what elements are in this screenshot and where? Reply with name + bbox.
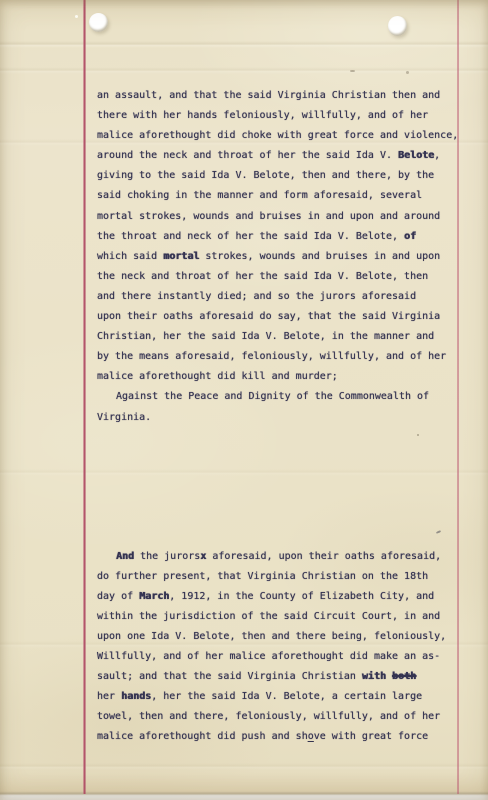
text-segment: towel, then and there, feloniously, will… [97,711,440,722]
text-segment: malice aforethought did choke with great… [97,130,458,141]
text-segment: day of [97,591,139,602]
typewritten-line: malice aforethought did push and shove w… [97,727,469,747]
text-segment: Virginia. [97,412,151,423]
typewritten-line: there with her hands feloniously, willfu… [97,106,469,126]
text-segment: malice aforethought did kill and murder; [97,371,338,382]
text-segment: within the jurisdiction of the said Circ… [97,611,440,622]
typewritten-line: mortal strokes, wounds and bruises in an… [97,207,469,227]
text-segment: upon their oaths aforesaid do say, that … [97,311,440,322]
text-segment: and there instantly died; and so the jur… [97,291,416,302]
typewritten-line: malice aforethought did kill and murder; [97,367,469,387]
typewritten-line: sault; and that the said Virginia Christ… [97,667,469,687]
paper-speck [75,15,78,18]
paper-speck [417,434,419,436]
text-segment: around the neck and throat of her the sa… [97,150,398,161]
typewritten-line: by the means aforesaid, feloniously, wil… [97,347,469,367]
fold-crease [0,67,488,74]
typewritten-line: giving to the said Ida V. Belote, then a… [97,166,469,186]
typewritten-line: malice aforethought did choke with great… [97,126,469,146]
text-segment: sault; and that the said Virginia Christ… [97,671,362,682]
typewritten-line: an assault, and that the said Virginia C… [97,86,469,106]
text-segment: Willfully, and of her malice aforethough… [97,651,440,662]
text-segment: there with her hands feloniously, willfu… [97,110,428,121]
typewritten-paragraph-second-count: And the jurorsx aforesaid, upon their oa… [97,547,469,747]
text-segment: malice aforethought did push and sh [97,731,308,742]
punch-hole-left [89,13,108,32]
text-segment: the throat and neck of her the said Ida … [97,231,404,242]
overtyped-word: of [404,231,416,242]
text-segment: her [97,691,121,702]
typewritten-line: said choking in the manner and form afor… [97,186,469,206]
typewritten-line: within the jurisdiction of the said Circ… [97,607,469,627]
fold-crease [0,469,488,476]
paper-speck [436,530,441,534]
text-segment: Christian, her the said Ida V. Belote, i… [97,331,434,342]
typewritten-line: Christian, her the said Ida V. Belote, i… [97,327,469,347]
typewritten-line: the throat and neck of her the said Ida … [97,227,469,247]
typewritten-line: upon their oaths aforesaid do say, that … [97,307,469,327]
typewritten-line: Against the Peace and Dignity of the Com… [97,387,469,407]
text-segment: an assault, and that the said Virginia C… [97,90,440,101]
paper-speck [406,71,409,74]
text-segment: said choking in the manner and form afor… [97,190,422,201]
overtyped-word: Belote [398,150,434,161]
text-segment: strokes, wounds and bruises in and upon [199,251,440,262]
typewritten-line: upon one Ida V. Belote, then and there b… [97,627,469,647]
text-segment: upon one Ida V. Belote, then and there b… [97,631,446,642]
overtyped-word: mortal [163,251,199,262]
text-segment: , 1912, in the County of Elizabeth City,… [169,591,434,602]
paper-sheet: an assault, and that the said Virginia C… [0,0,488,800]
text-segment: do further present, that Virginia Christ… [97,571,428,582]
overtyped-word: And [116,551,134,562]
punch-hole-right [388,16,407,36]
typewritten-line: towel, then and there, feloniously, will… [97,707,469,727]
overtyped-word: with [362,671,386,682]
text-segment: which said [97,251,163,262]
text-segment: giving to the said Ida V. Belote, then a… [97,170,434,181]
typewritten-line: Willfully, and of her malice aforethough… [97,647,469,667]
typewritten-line: And the jurorsx aforesaid, upon their oa… [97,547,469,567]
typewritten-paragraph-indictment-count: an assault, and that the said Virginia C… [97,86,469,428]
struck-out-word: both [392,671,416,682]
typewritten-line: her hands, her the said Ida V. Belote, a… [97,687,469,707]
typewritten-line: which said mortal strokes, wounds and br… [97,247,469,267]
text-segment: Against the Peace and Dignity of the Com… [116,391,429,402]
typewritten-line: the neck and throat of her the said Ida … [97,267,469,287]
fold-crease [0,763,488,770]
overtyped-word: March [139,591,169,602]
text-segment: , [434,150,440,161]
fold-crease [0,41,488,48]
typewritten-line: day of March, 1912, in the County of Eli… [97,587,469,607]
overtyped-word: hands [121,691,151,702]
text-segment: aforesaid, upon their oaths aforesaid, [206,551,441,562]
typewritten-line: around the neck and throat of her the sa… [97,146,469,166]
typewritten-line: do further present, that Virginia Christ… [97,567,469,587]
paper-speck [350,70,355,72]
text-segment: the neck and throat of her the said Ida … [97,271,428,282]
text-segment: by the means aforesaid, feloniously, wil… [97,351,446,362]
typewritten-line: and there instantly died; and so the jur… [97,287,469,307]
text-segment: ve with great force [314,731,428,742]
left-margin-rule [83,0,86,794]
text-segment: , her the said Ida V. Belote, a certain … [151,691,422,702]
text-segment: the jurors [134,551,200,562]
text-segment: mortal strokes, wounds and bruises in an… [97,211,440,222]
scanned-document: { "page": { "paper_color": "#ebe3c9", "r… [0,0,488,800]
typewritten-line: Virginia. [97,408,469,428]
